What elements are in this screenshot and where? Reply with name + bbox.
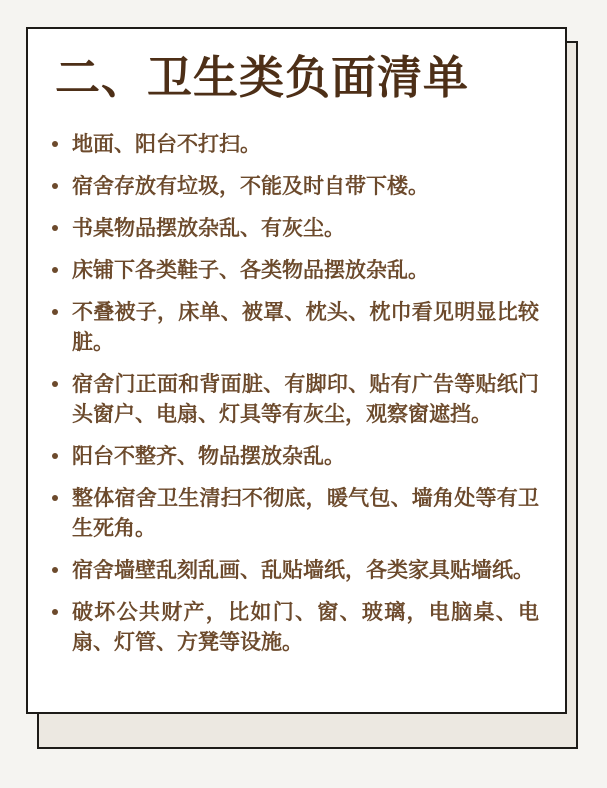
list-item: 宿舍存放有垃圾，不能及时自带下楼。 [50,171,539,201]
page-background: { "theme": { "page_bg": "#f5f4f1", "card… [0,0,607,788]
list-item-text: 破坏公共财产，比如门、窗、玻璃，电脑桌、电扇、灯管、方凳等设施。 [72,597,539,657]
list-item: 宿舍门正面和背面脏、有脚印、贴有广告等贴纸门头窗户、电扇、灯具等有灰尘，观察窗遮… [50,369,539,429]
list-item-text: 宿舍墙壁乱刻乱画、乱贴墙纸，各类家具贴墙纸。 [72,555,539,585]
list-item-text: 床铺下各类鞋子、各类物品摆放杂乱。 [72,255,539,285]
list-item: 不叠被子，床单、被罩、枕头、枕巾看见明显比较脏。 [50,297,539,357]
list-item: 床铺下各类鞋子、各类物品摆放杂乱。 [50,255,539,285]
bullet-dot-icon [52,141,58,147]
hygiene-negative-list-card: 二、卫生类负面清单 地面、阳台不打扫。 宿舍存放有垃圾，不能及时自带下楼。 书桌… [26,27,567,714]
bullet-dot-icon [52,381,58,387]
negative-list: 地面、阳台不打扫。 宿舍存放有垃圾，不能及时自带下楼。 书桌物品摆放杂乱、有灰尘… [50,129,539,657]
list-item-text: 宿舍门正面和背面脏、有脚印、贴有广告等贴纸门头窗户、电扇、灯具等有灰尘，观察窗遮… [72,369,539,429]
list-item-text: 阳台不整齐、物品摆放杂乱。 [72,441,539,471]
bullet-dot-icon [52,225,58,231]
list-item: 书桌物品摆放杂乱、有灰尘。 [50,213,539,243]
list-item: 阳台不整齐、物品摆放杂乱。 [50,441,539,471]
list-item-text: 宿舍存放有垃圾，不能及时自带下楼。 [72,171,539,201]
bullet-dot-icon [52,495,58,501]
list-item-text: 地面、阳台不打扫。 [72,129,539,159]
list-item: 宿舍墙壁乱刻乱画、乱贴墙纸，各类家具贴墙纸。 [50,555,539,585]
list-item-text: 不叠被子，床单、被罩、枕头、枕巾看见明显比较脏。 [72,297,539,357]
list-item: 破坏公共财产，比如门、窗、玻璃，电脑桌、电扇、灯管、方凳等设施。 [50,597,539,657]
bullet-dot-icon [52,183,58,189]
list-item-text: 书桌物品摆放杂乱、有灰尘。 [72,213,539,243]
bullet-dot-icon [52,267,58,273]
bullet-dot-icon [52,309,58,315]
bullet-dot-icon [52,453,58,459]
page-title: 二、卫生类负面清单 [55,54,539,103]
bullet-dot-icon [52,609,58,615]
list-item-text: 整体宿舍卫生清扫不彻底，暖气包、墙角处等有卫生死角。 [72,483,539,543]
list-item: 整体宿舍卫生清扫不彻底，暖气包、墙角处等有卫生死角。 [50,483,539,543]
bullet-dot-icon [52,567,58,573]
list-item: 地面、阳台不打扫。 [50,129,539,159]
